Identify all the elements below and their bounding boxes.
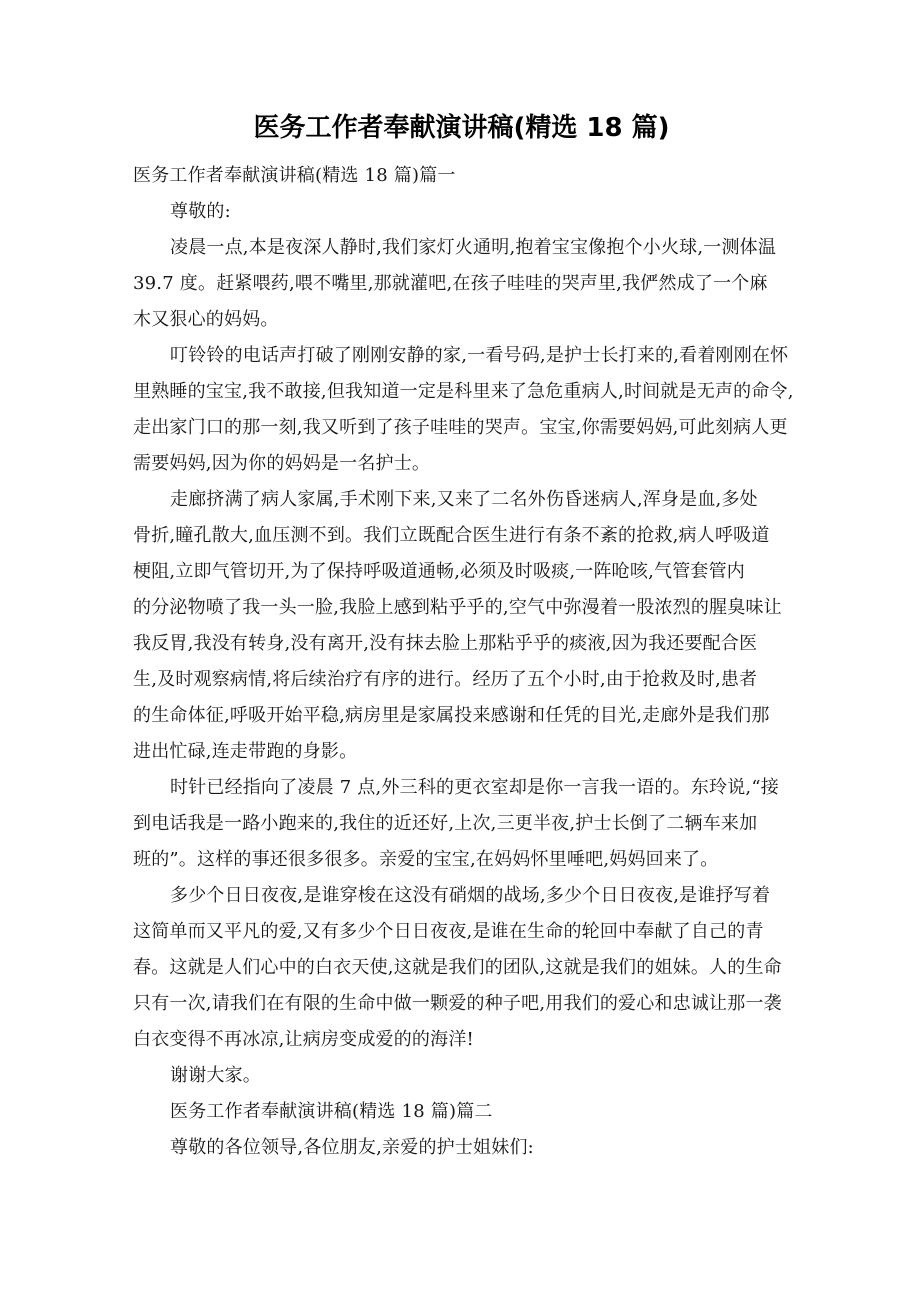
text-line: 白衣变得不再冰凉,让病房变成爱的的海洋! <box>133 1022 793 1058</box>
text-line: 多少个日日夜夜,是谁穿梭在这没有硝烟的战场,多少个日日夜夜,是谁抒写着 <box>133 878 793 914</box>
text-line: 我反胃,我没有转身,没有离开,没有抹去脸上那粘乎乎的痰液,因为我还要配合医 <box>133 626 793 662</box>
text-line: 时针已经指向了凌晨 7 点,外三科的更衣室却是你一言我一语的。东玲说,“接 <box>133 770 793 806</box>
text-line: 叮铃铃的电话声打破了刚刚安静的家,一看号码,是护士长打来的,看着刚刚在怀 <box>133 338 793 374</box>
text-line: 到电话我是一路小跑来的,我住的近还好,上次,三更半夜,护士长倒了二辆车来加 <box>133 806 793 842</box>
text-line: 里熟睡的宝宝,我不敢接,但我知道一定是科里来了急危重病人,时间就是无声的命令, <box>133 374 793 410</box>
text-line: 谢谢大家。 <box>133 1058 793 1094</box>
text-line: 走廊挤满了病人家属,手术刚下来,又来了二名外伤昏迷病人,浑身是血,多处 <box>133 482 793 518</box>
document-page: 医务工作者奉献演讲稿(精选 18 篇) 医务工作者奉献演讲稿(精选 18 篇)篇… <box>0 0 920 1301</box>
text-line: 需要妈妈,因为你的妈妈是一名护士。 <box>133 446 793 482</box>
text-line: 班的”。这样的事还很多很多。亲爱的宝宝,在妈妈怀里唾吧,妈妈回来了。 <box>133 842 793 878</box>
text-line: 木又狠心的妈妈。 <box>133 302 793 338</box>
text-line: 骨折,瞳孔散大,血压测不到。我们立既配合医生进行有条不紊的抢救,病人呼吸道 <box>133 518 793 554</box>
text-line: 医务工作者奉献演讲稿(精选 18 篇)篇一 <box>133 158 793 194</box>
text-line: 生,及时观察病情,将后续治疗有序的进行。经历了五个小时,由于抢救及时,患者 <box>133 662 793 698</box>
document-title: 医务工作者奉献演讲稿(精选 18 篇) <box>133 108 790 148</box>
document-body: 医务工作者奉献演讲稿(精选 18 篇)篇一 尊敬的: 凌晨一点,本是夜深人静时,… <box>133 158 793 1166</box>
text-line: 进出忙碌,连走带跑的身影。 <box>133 734 793 770</box>
text-line: 39.7 度。赶紧喂药,喂不嘴里,那就灌吧,在孩子哇哇的哭声里,我俨然成了一个麻 <box>133 266 793 302</box>
text-line: 尊敬的: <box>133 194 793 230</box>
text-line: 春。这就是人们心中的白衣天使,这就是我们的团队,这就是我们的姐妹。人的生命 <box>133 950 793 986</box>
text-line: 只有一次,请我们在有限的生命中做一颗爱的种子吧,用我们的爱心和忠诚让那一袭 <box>133 986 793 1022</box>
text-line: 这简单而又平凡的爱,又有多少个日日夜夜,是谁在生命的轮回中奉献了自己的青 <box>133 914 793 950</box>
text-line: 医务工作者奉献演讲稿(精选 18 篇)篇二 <box>133 1094 793 1130</box>
text-line: 梗阻,立即气管切开,为了保持呼吸道通畅,必须及时吸痰,一阵呛咳,气管套管内 <box>133 554 793 590</box>
text-line: 走出家门口的那一刻,我又听到了孩子哇哇的哭声。宝宝,你需要妈妈,可此刻病人更 <box>133 410 793 446</box>
text-line: 的分泌物喷了我一头一脸,我脸上感到粘乎乎的,空气中弥漫着一股浓烈的腥臭味让 <box>133 590 793 626</box>
text-line: 的生命体征,呼吸开始平稳,病房里是家属投来感谢和任凭的目光,走廊外是我们那 <box>133 698 793 734</box>
text-line: 尊敬的各位领导,各位朋友,亲爱的护士姐妹们: <box>133 1130 793 1166</box>
text-line: 凌晨一点,本是夜深人静时,我们家灯火通明,抱着宝宝像抱个小火球,一测体温 <box>133 230 793 266</box>
